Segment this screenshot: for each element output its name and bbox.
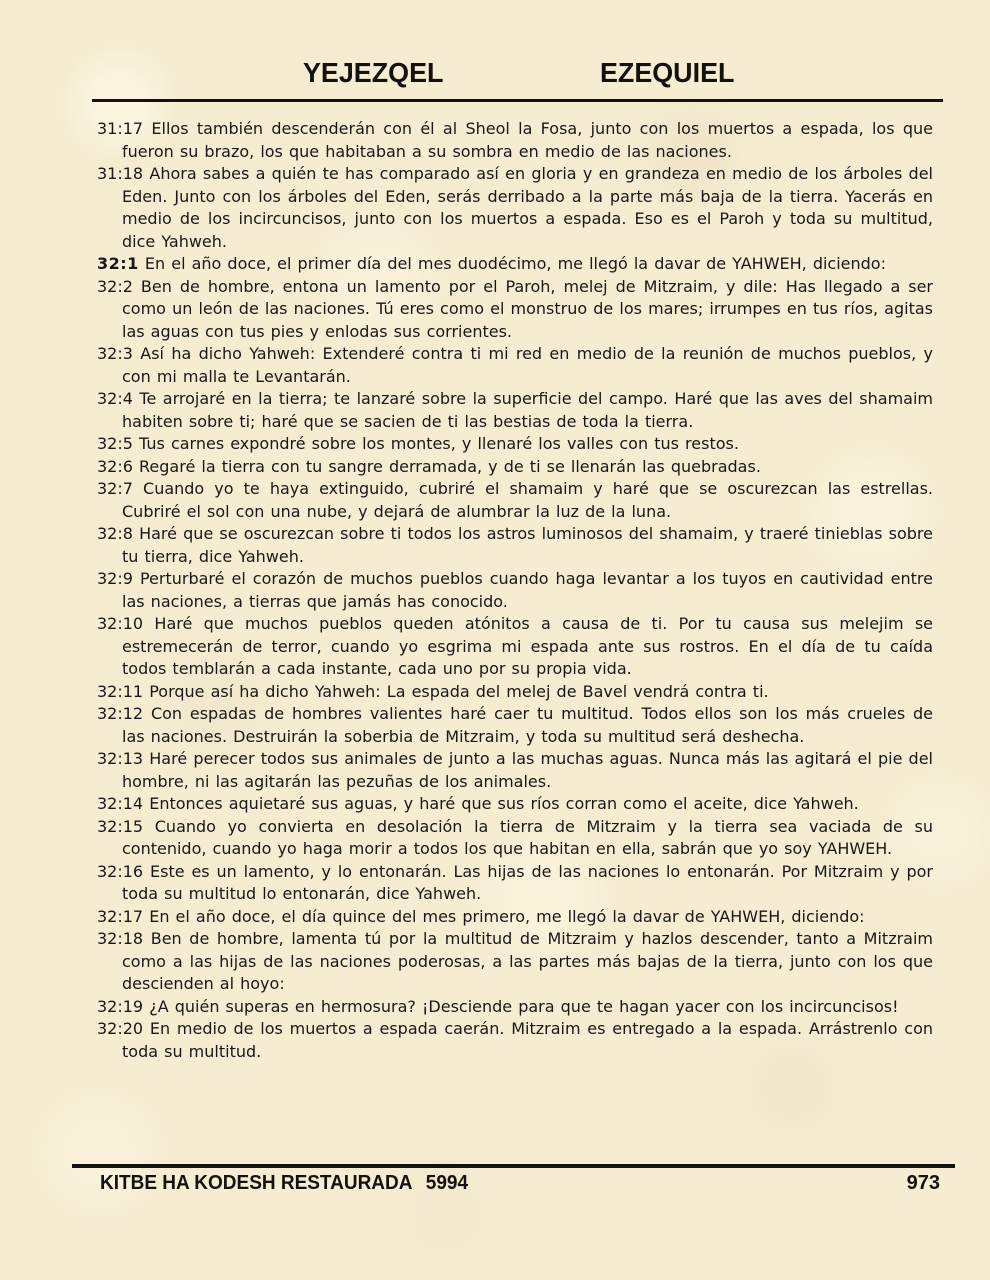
verse-text: Tus carnes expondré sobre los montes, y … bbox=[139, 434, 739, 453]
verse: 32:1 En el año doce, el primer día del m… bbox=[97, 253, 933, 276]
header-rule bbox=[92, 99, 943, 102]
verse-number: 31:18 bbox=[97, 164, 143, 183]
verse-number: 32:19 bbox=[97, 997, 143, 1016]
verse-text: Este es un lamento, y lo entonarán. Las … bbox=[122, 862, 933, 904]
verse-number: 32:6 bbox=[97, 457, 133, 476]
verse-text: Ahora sabes a quién te has comparado así… bbox=[122, 164, 933, 251]
verse-number: 32:11 bbox=[97, 682, 143, 701]
footer-page-number: 973 bbox=[907, 1172, 940, 1195]
verse-number: 32:10 bbox=[97, 614, 143, 633]
verse-text: Ellos también descenderán con él al Sheo… bbox=[122, 119, 933, 161]
header-title-transliterated: YEJEZQEL bbox=[303, 57, 443, 89]
verse-number: 32:5 bbox=[97, 434, 133, 453]
verse-text: En el año doce, el primer día del mes du… bbox=[145, 254, 886, 273]
verse: 32:19 ¿A quién superas en hermosura? ¡De… bbox=[97, 996, 933, 1019]
verse: 32:14 Entonces aquietaré sus aguas, y ha… bbox=[97, 793, 933, 816]
page: { "page": { "background_color": "#f5ecd2… bbox=[0, 0, 990, 1280]
verse-number: 32:9 bbox=[97, 569, 133, 588]
verse-text: En el año doce, el día quince del mes pr… bbox=[149, 907, 864, 926]
verse: 32:7 Cuando yo te haya extinguido, cubri… bbox=[97, 478, 933, 523]
verse-number: 32:8 bbox=[97, 524, 133, 543]
verse: 32:6 Regaré la tierra con tu sangre derr… bbox=[97, 456, 933, 479]
verse-number: 32:4 bbox=[97, 389, 133, 408]
verse-text: Regaré la tierra con tu sangre derramada… bbox=[139, 457, 761, 476]
verse: 31:18 Ahora sabes a quién te has compara… bbox=[97, 163, 933, 253]
verse: 32:20 En medio de los muertos a espada c… bbox=[97, 1018, 933, 1063]
header-title-spanish: EZEQUIEL bbox=[600, 57, 734, 89]
verse: 32:11 Porque así ha dicho Yahweh: La esp… bbox=[97, 681, 933, 704]
verse-text: Cuando yo convierta en desolación la tie… bbox=[122, 817, 933, 859]
verse-number: 32:1 bbox=[97, 254, 139, 273]
verse-text: Entonces aquietaré sus aguas, y haré que… bbox=[149, 794, 859, 813]
verse: 32:13 Haré perecer todos sus animales de… bbox=[97, 748, 933, 793]
verse-number: 32:7 bbox=[97, 479, 133, 498]
verse-text: Te arrojaré en la tierra; te lanzaré sob… bbox=[122, 389, 933, 431]
verse: 32:12 Con espadas de hombres valientes h… bbox=[97, 703, 933, 748]
verse-text: Perturbaré el corazón de muchos pueblos … bbox=[122, 569, 933, 611]
verse-text: Haré que muchos pueblos queden atónitos … bbox=[122, 614, 933, 678]
verse-number: 32:17 bbox=[97, 907, 143, 926]
verse: 32:10 Haré que muchos pueblos queden ató… bbox=[97, 613, 933, 681]
verse-text: Cuando yo te haya extinguido, cubriré el… bbox=[122, 479, 933, 521]
verse: 32:16 Este es un lamento, y lo entonarán… bbox=[97, 861, 933, 906]
verse-text: Haré que se oscurezcan sobre ti todos lo… bbox=[122, 524, 933, 566]
verse: 32:5 Tus carnes expondré sobre los monte… bbox=[97, 433, 933, 456]
verse: 32:3 Así ha dicho Yahweh: Extenderé cont… bbox=[97, 343, 933, 388]
verse-number: 32:16 bbox=[97, 862, 143, 881]
verse-text: Así ha dicho Yahweh: Extenderé contra ti… bbox=[122, 344, 933, 386]
verse-text: Ben de hombre, lamenta tú por la multitu… bbox=[122, 929, 933, 993]
footer-rule bbox=[72, 1164, 955, 1168]
verse-number: 32:20 bbox=[97, 1019, 143, 1038]
verse: 32:2 Ben de hombre, entona un lamento po… bbox=[97, 276, 933, 344]
verse: 32:15 Cuando yo convierta en desolación … bbox=[97, 816, 933, 861]
verse: 31:17 Ellos también descenderán con él a… bbox=[97, 118, 933, 163]
verse: 32:17 En el año doce, el día quince del … bbox=[97, 906, 933, 929]
footer-edition: KITBE HA KODESH RESTAURADA 5994 bbox=[100, 1172, 468, 1195]
verse-number: 32:13 bbox=[97, 749, 143, 768]
verse: 32:4 Te arrojaré en la tierra; te lanzar… bbox=[97, 388, 933, 433]
verse-text: Haré perecer todos sus animales de junto… bbox=[122, 749, 933, 791]
verse-number: 31:17 bbox=[97, 119, 143, 138]
verse-number: 32:15 bbox=[97, 817, 143, 836]
verse-text: En medio de los muertos a espada caerán.… bbox=[122, 1019, 933, 1061]
verse: 32:9 Perturbaré el corazón de muchos pue… bbox=[97, 568, 933, 613]
footer-year: 5994 bbox=[426, 1172, 468, 1195]
footer-book-label: KITBE HA KODESH RESTAURADA bbox=[100, 1172, 412, 1195]
verse-number: 32:3 bbox=[97, 344, 133, 363]
verse-number: 32:2 bbox=[97, 277, 133, 296]
footer: KITBE HA KODESH RESTAURADA 5994 973 bbox=[100, 1172, 940, 1195]
verse-list: 31:17 Ellos también descenderán con él a… bbox=[97, 118, 933, 1063]
verse: 32:18 Ben de hombre, lamenta tú por la m… bbox=[97, 928, 933, 996]
verse-text: Con espadas de hombres valientes haré ca… bbox=[122, 704, 933, 746]
verse-number: 32:14 bbox=[97, 794, 143, 813]
verse-number: 32:18 bbox=[97, 929, 143, 948]
verse: 32:8 Haré que se oscurezcan sobre ti tod… bbox=[97, 523, 933, 568]
verse-text: Ben de hombre, entona un lamento por el … bbox=[122, 277, 933, 341]
verse-text: Porque así ha dicho Yahweh: La espada de… bbox=[149, 682, 768, 701]
verse-number: 32:12 bbox=[97, 704, 143, 723]
verse-text: ¿A quién superas en hermosura? ¡Desciend… bbox=[149, 997, 898, 1016]
